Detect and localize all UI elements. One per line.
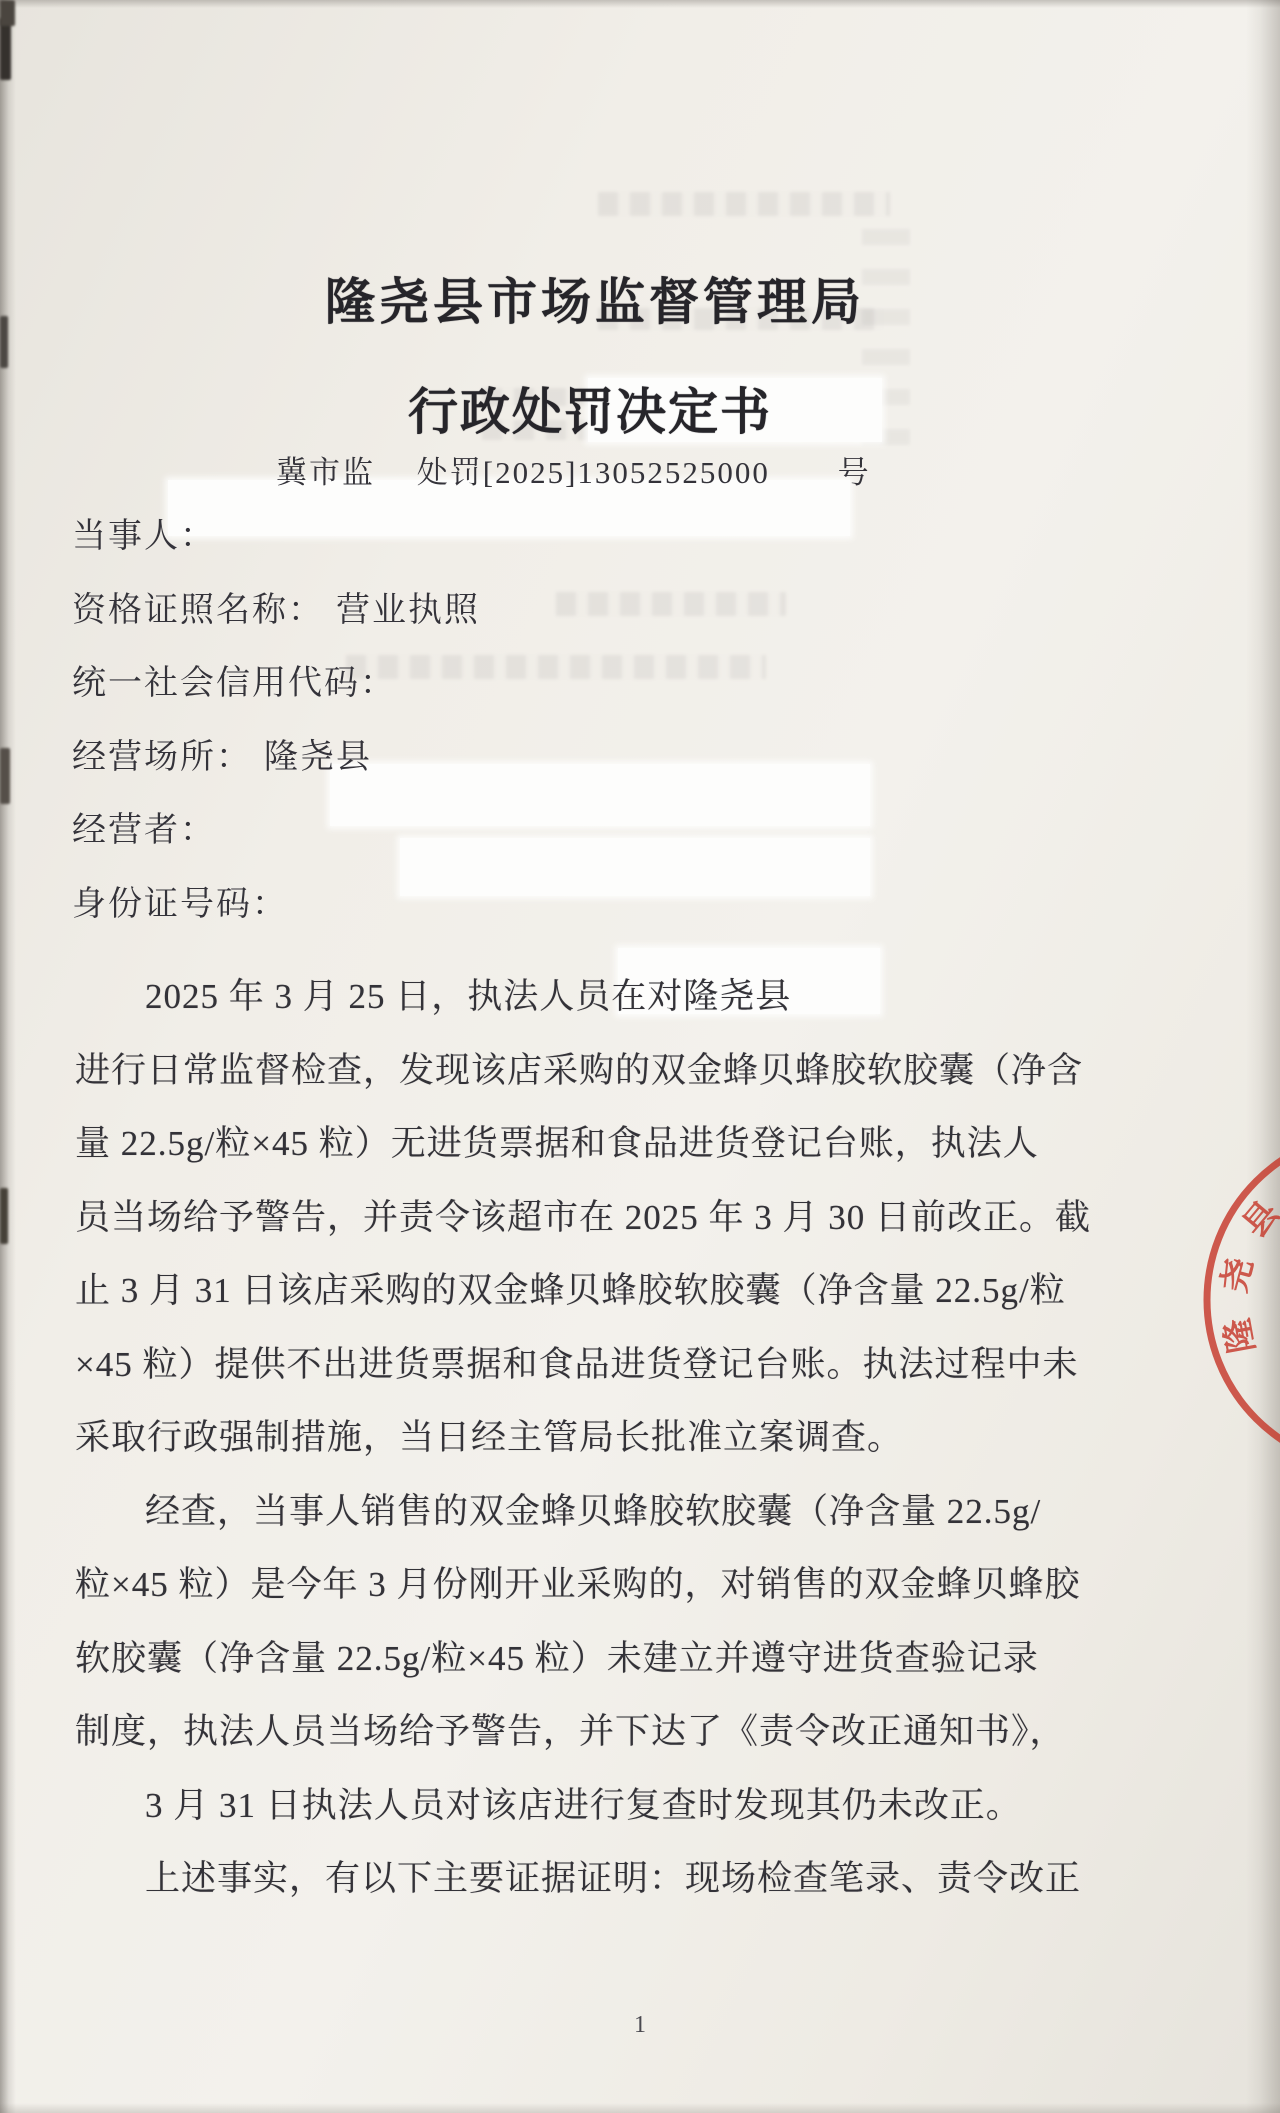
doc-number-suffix: 号 [838,455,871,490]
field-row-credit-code: 统一社会信用代码： [72,647,1102,721]
body-line: 上述事实，有以下主要证据证明：现场检查笔录、责令改正 [75,1842,1105,1916]
field-label: 统一社会信用代码： [72,665,396,702]
field-row-party: 当事人： [72,500,1102,574]
body-line: 制度，执法人员当场给予警告，并下达了《责令改正通知书》， [75,1695,1105,1769]
field-row-id-number: 身份证号码： [72,868,1102,942]
scan-edge-shadow-right [1246,0,1280,2113]
scanned-document-page: 隆尧县市场监督管理局 行政处罚决定书 冀市监 处罚[2025]130525250… [0,0,1280,2113]
scan-smudge [0,1188,8,1244]
field-row-business-site: 经营场所：隆尧县 [72,721,1102,795]
field-label: 当事人： [72,518,216,555]
field-row-operator: 经营者： [72,794,1102,868]
document-body: 2025 年 3 月 25 日，执法人员在对隆尧县 进行日常监督检查，发现该店采… [75,960,1105,1916]
doc-number-prefix: 冀市监 [276,455,375,490]
body-line: 经查，当事人销售的双金蜂贝蜂胶软胶囊（净含量 22.5g/ [75,1475,1105,1549]
body-line: 3 月 31 日执法人员对该店进行复查时发现其仍未改正。 [75,1769,1105,1843]
bleed-through-mark [598,192,890,216]
scan-smudge [0,18,11,80]
body-line: 粒×45 粒）是今年 3 月份刚开业采购的，对销售的双金蜂贝蜂胶 [75,1548,1105,1622]
scan-smudge [0,0,15,26]
body-line: 量 22.5g/粒×45 粒）无进货票据和食品进货登记台账，执法人 [75,1107,1105,1181]
field-value: 隆尧县 [264,739,372,776]
page-number: 1 [0,2012,1280,2039]
field-label: 经营场所： [72,739,252,776]
party-fields: 当事人： 资格证照名称：营业执照 统一社会信用代码： 经营场所：隆尧县 经营者：… [72,500,1102,941]
body-line: 进行日常监督检查，发现该店采购的双金蜂贝蜂胶软胶囊（净含 [75,1034,1105,1108]
body-line: 软胶囊（净含量 22.5g/粒×45 粒）未建立并遵守进货查验记录 [75,1622,1105,1696]
document-subtitle: 行政处罚决定书 [0,372,1180,444]
field-value: 营业执照 [336,592,480,629]
scan-edge-shadow-bottom [0,2103,1280,2113]
field-label: 经营者： [72,812,216,849]
field-label: 身份证号码： [72,886,288,923]
body-line: 采取行政强制措施，当日经主管局长批准立案调查。 [75,1401,1105,1475]
doc-number-code: 处罚[2025]13052525000 [417,455,770,490]
doc-number: 冀市监 处罚[2025]13052525000 号 [276,447,871,492]
scan-edge-shadow-top [0,0,1280,8]
page-title: 隆尧县市场监督管理局 [0,262,1190,334]
body-line: 止 3 月 31 日该店采购的双金蜂贝蜂胶软胶囊（净含量 22.5g/粒 [75,1254,1105,1328]
field-label: 资格证照名称： [72,592,324,629]
body-line: 2025 年 3 月 25 日，执法人员在对隆尧县 [75,960,1105,1034]
body-line: ×45 粒）提供不出进货票据和食品进货登记台账。执法过程中未 [75,1328,1105,1402]
body-line: 员当场给予警告，并责令该超市在 2025 年 3 月 30 日前改正。截 [75,1181,1105,1255]
field-row-license-name: 资格证照名称：营业执照 [72,574,1102,648]
scan-smudge [0,748,10,804]
official-seal: 隆尧县市场监督管理局 [1180,1100,1280,1520]
